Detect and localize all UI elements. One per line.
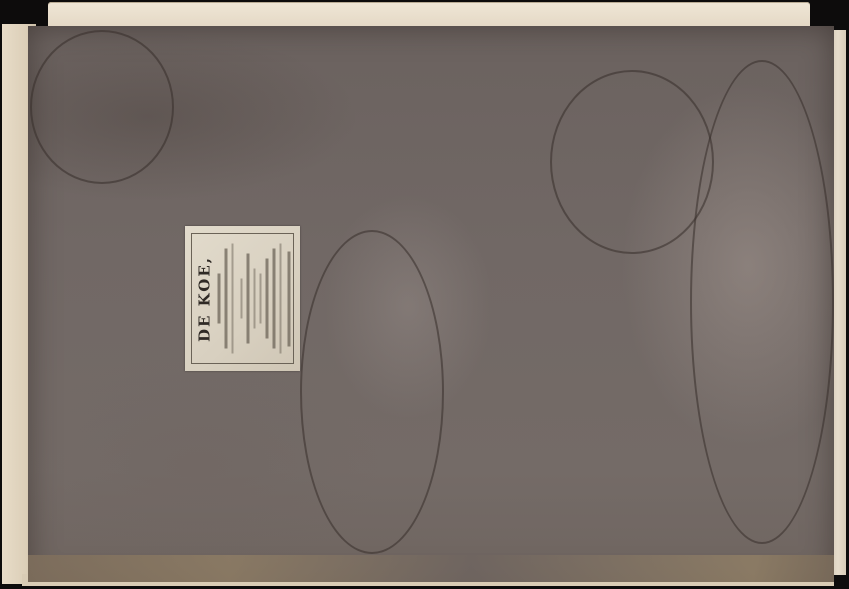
printed-label: DE KOE,: [185, 226, 300, 371]
label-text-line: [265, 259, 268, 339]
label-content: DE KOE,: [192, 233, 293, 364]
water-stain: [300, 230, 444, 554]
label-text-line: [287, 251, 290, 346]
label-text-line: [279, 244, 281, 354]
photo-scene: DE KOE,: [0, 0, 849, 589]
label-text-line: [246, 254, 249, 344]
label-text-line: [272, 249, 275, 349]
water-stain: [550, 70, 714, 254]
water-stain: [30, 30, 174, 184]
cover-bottom-wear: [28, 555, 834, 582]
label-title: DE KOE,: [196, 255, 213, 341]
label-text-line: [259, 274, 261, 324]
label-text-line: [231, 244, 233, 354]
label-text-line: [224, 249, 227, 349]
water-stain: [690, 60, 834, 544]
label-text-line: [217, 274, 220, 324]
label-text-line: [240, 279, 242, 319]
label-text-line: [253, 269, 255, 329]
